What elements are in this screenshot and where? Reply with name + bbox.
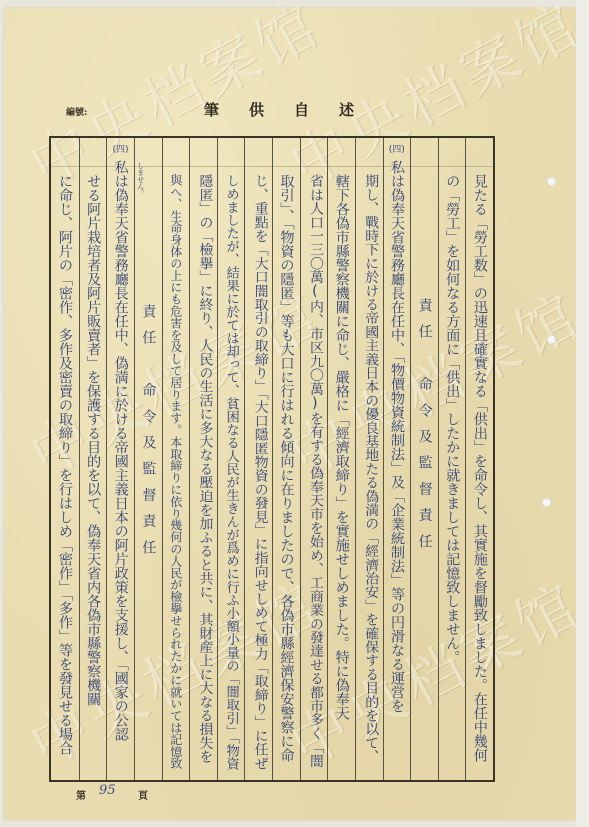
page-suffix: 頁 — [138, 787, 148, 802]
document-title: 筆供自述 — [204, 99, 384, 120]
responsibility-line: 責任 命令及監督責任 — [417, 298, 431, 560]
handwritten-line: 私は偽奉天省警務廳長在任中、「物價物資統制法」及「企業統制法」等の円滑なる運営を — [390, 160, 404, 713]
handwritten-line: に命じ、阿片の「密作、多作及密賣の取締り」を行はしめ「密作」「多作」等を發見せる… — [58, 174, 72, 755]
handwritten-line: の「勞工」を如何なる方面に「供出」したかに就きましては記憶致しません。 — [445, 174, 459, 664]
section-marker: (四) — [113, 142, 129, 155]
margin-note: しません。 — [137, 162, 144, 197]
manuscript-column: せる阿片栽培者及阿片販賣者」を保護する目的を以て、偽奉天省内各偽市縣警察機關 — [79, 138, 107, 780]
handwritten-line: 省は人口一三〇萬(内、市区九〇萬)を有する偽奉天市を始め、工商業の發達せる都市多… — [307, 174, 321, 767]
punch-hole — [547, 177, 556, 186]
manuscript-column: しめましたが、結果に於ては却って、貧困なる人民が生きんが爲めに行ふ小額小量の「闇… — [217, 138, 245, 780]
manuscript-column: 見たる「勞工数」の迅速且確實なる「供出」を命令し、其實施を督勵致しました。在任中… — [465, 138, 493, 780]
punch-hole — [547, 335, 556, 344]
handwritten-line: 期し、戰時下に於ける帝國主義日本の優良基地たる偽満の「經濟治安」を確保する目的を… — [362, 174, 376, 763]
manuscript-column: 轄下各偽市縣警察機關に命じ、嚴格に「經濟取締り」を實施せしめました。特に偽奉天 — [327, 138, 355, 780]
page-prefix: 第 — [76, 787, 86, 802]
handwritten-line: 取引」、「物資の隱匿」等も大口に行はれる傾向に在りましたので、各偽市縣經濟保安警… — [279, 174, 293, 762]
manuscript-column: に命じ、阿片の「密作、多作及密賣の取締り」を行はしめ「密作」「多作」等を發見せる… — [51, 138, 79, 780]
section-marker: (四) — [389, 142, 405, 155]
manuscript-column: じ、重點を「大口闇取引の取締り」「大口隱匿物資の發見」に指向せしめて極力「取締り… — [244, 138, 272, 780]
manuscript-column: 省は人口一三〇萬(内、市区九〇萬)を有する偽奉天市を始め、工商業の發達せる都市多… — [300, 138, 328, 780]
responsibility-line: 責任 命令及監督責任 — [141, 304, 155, 566]
manuscript-column: 取引」、「物資の隱匿」等も大口に行はれる傾向に在りましたので、各偽市縣經濟保安警… — [272, 138, 300, 780]
handwritten-line: 與へ、生命身体の上にも危害を及して居ります。本取締りに依り幾何の人民が檢擧せられ… — [170, 174, 182, 769]
handwritten-line: 隱匿」の「檢擧」に終り、人民の生活に多大なる壓迫を加ふると共に、其財産上に大なる… — [196, 174, 210, 763]
manuscript-grid: 見たる「勞工数」の迅速且確實なる「供出」を命令し、其實施を督勵致しました。在任中… — [49, 136, 495, 782]
serial-number-label: 編號: — [66, 105, 87, 118]
page-number: 95 — [99, 783, 116, 798]
manuscript-column: の「勞工」を如何なる方面に「供出」したかに就きましては記憶致しません。 — [438, 138, 466, 780]
handwritten-line: じ、重點を「大口闇取引の取締り」「大口隱匿物資の發見」に指向せしめて極力「取締り… — [252, 174, 266, 770]
manuscript-column: (四)私は偽奉天省警務廳長在任中、偽満に於ける帝國主義日本の阿片政策を支援し、「… — [106, 138, 134, 780]
handwritten-line: せる阿片栽培者及阿片販賣者」を保護する目的を以て、偽奉天省内各偽市縣警察機關 — [86, 174, 100, 706]
manuscript-column: 與へ、生命身体の上にも危害を及して居ります。本取締りに依り幾何の人民が檢擧せられ… — [162, 138, 190, 780]
manuscript-column: 期し、戰時下に於ける帝國主義日本の優良基地たる偽満の「經濟治安」を確保する目的を… — [355, 138, 383, 780]
handwritten-line: 轄下各偽市縣警察機關に命じ、嚴格に「經濟取締り」を實施せしめました。特に偽奉天 — [334, 174, 348, 720]
punch-hole — [542, 498, 551, 507]
handwritten-line: 私は偽奉天省警務廳長在任中、偽満に於ける帝國主義日本の阿片政策を支援し、「國家の… — [113, 160, 127, 741]
document-page: 中央档案馆 中央档案馆 中央档案馆 中央档案馆 中央档案馆 中央档案馆 編號: … — [4, 8, 576, 820]
handwritten-line: しめましたが、結果に於ては却って、貧困なる人民が生きんが爲めに行ふ小額小量の「闇… — [224, 174, 237, 770]
manuscript-column: (四)私は偽奉天省警務廳長在任中、「物價物資統制法」及「企業統制法」等の円滑なる… — [383, 138, 411, 780]
handwritten-line: 見たる「勞工数」の迅速且確實なる「供出」を命令し、其實施を督勵致しました。在任中… — [473, 174, 487, 762]
manuscript-column: 責任 命令及監督責任 — [410, 138, 438, 780]
manuscript-column: しません。責任 命令及監督責任 — [134, 138, 162, 780]
scan-edge — [576, 0, 589, 827]
manuscript-column: 隱匿」の「檢擧」に終り、人民の生活に多大なる壓迫を加ふると共に、其財産上に大なる… — [189, 138, 217, 780]
